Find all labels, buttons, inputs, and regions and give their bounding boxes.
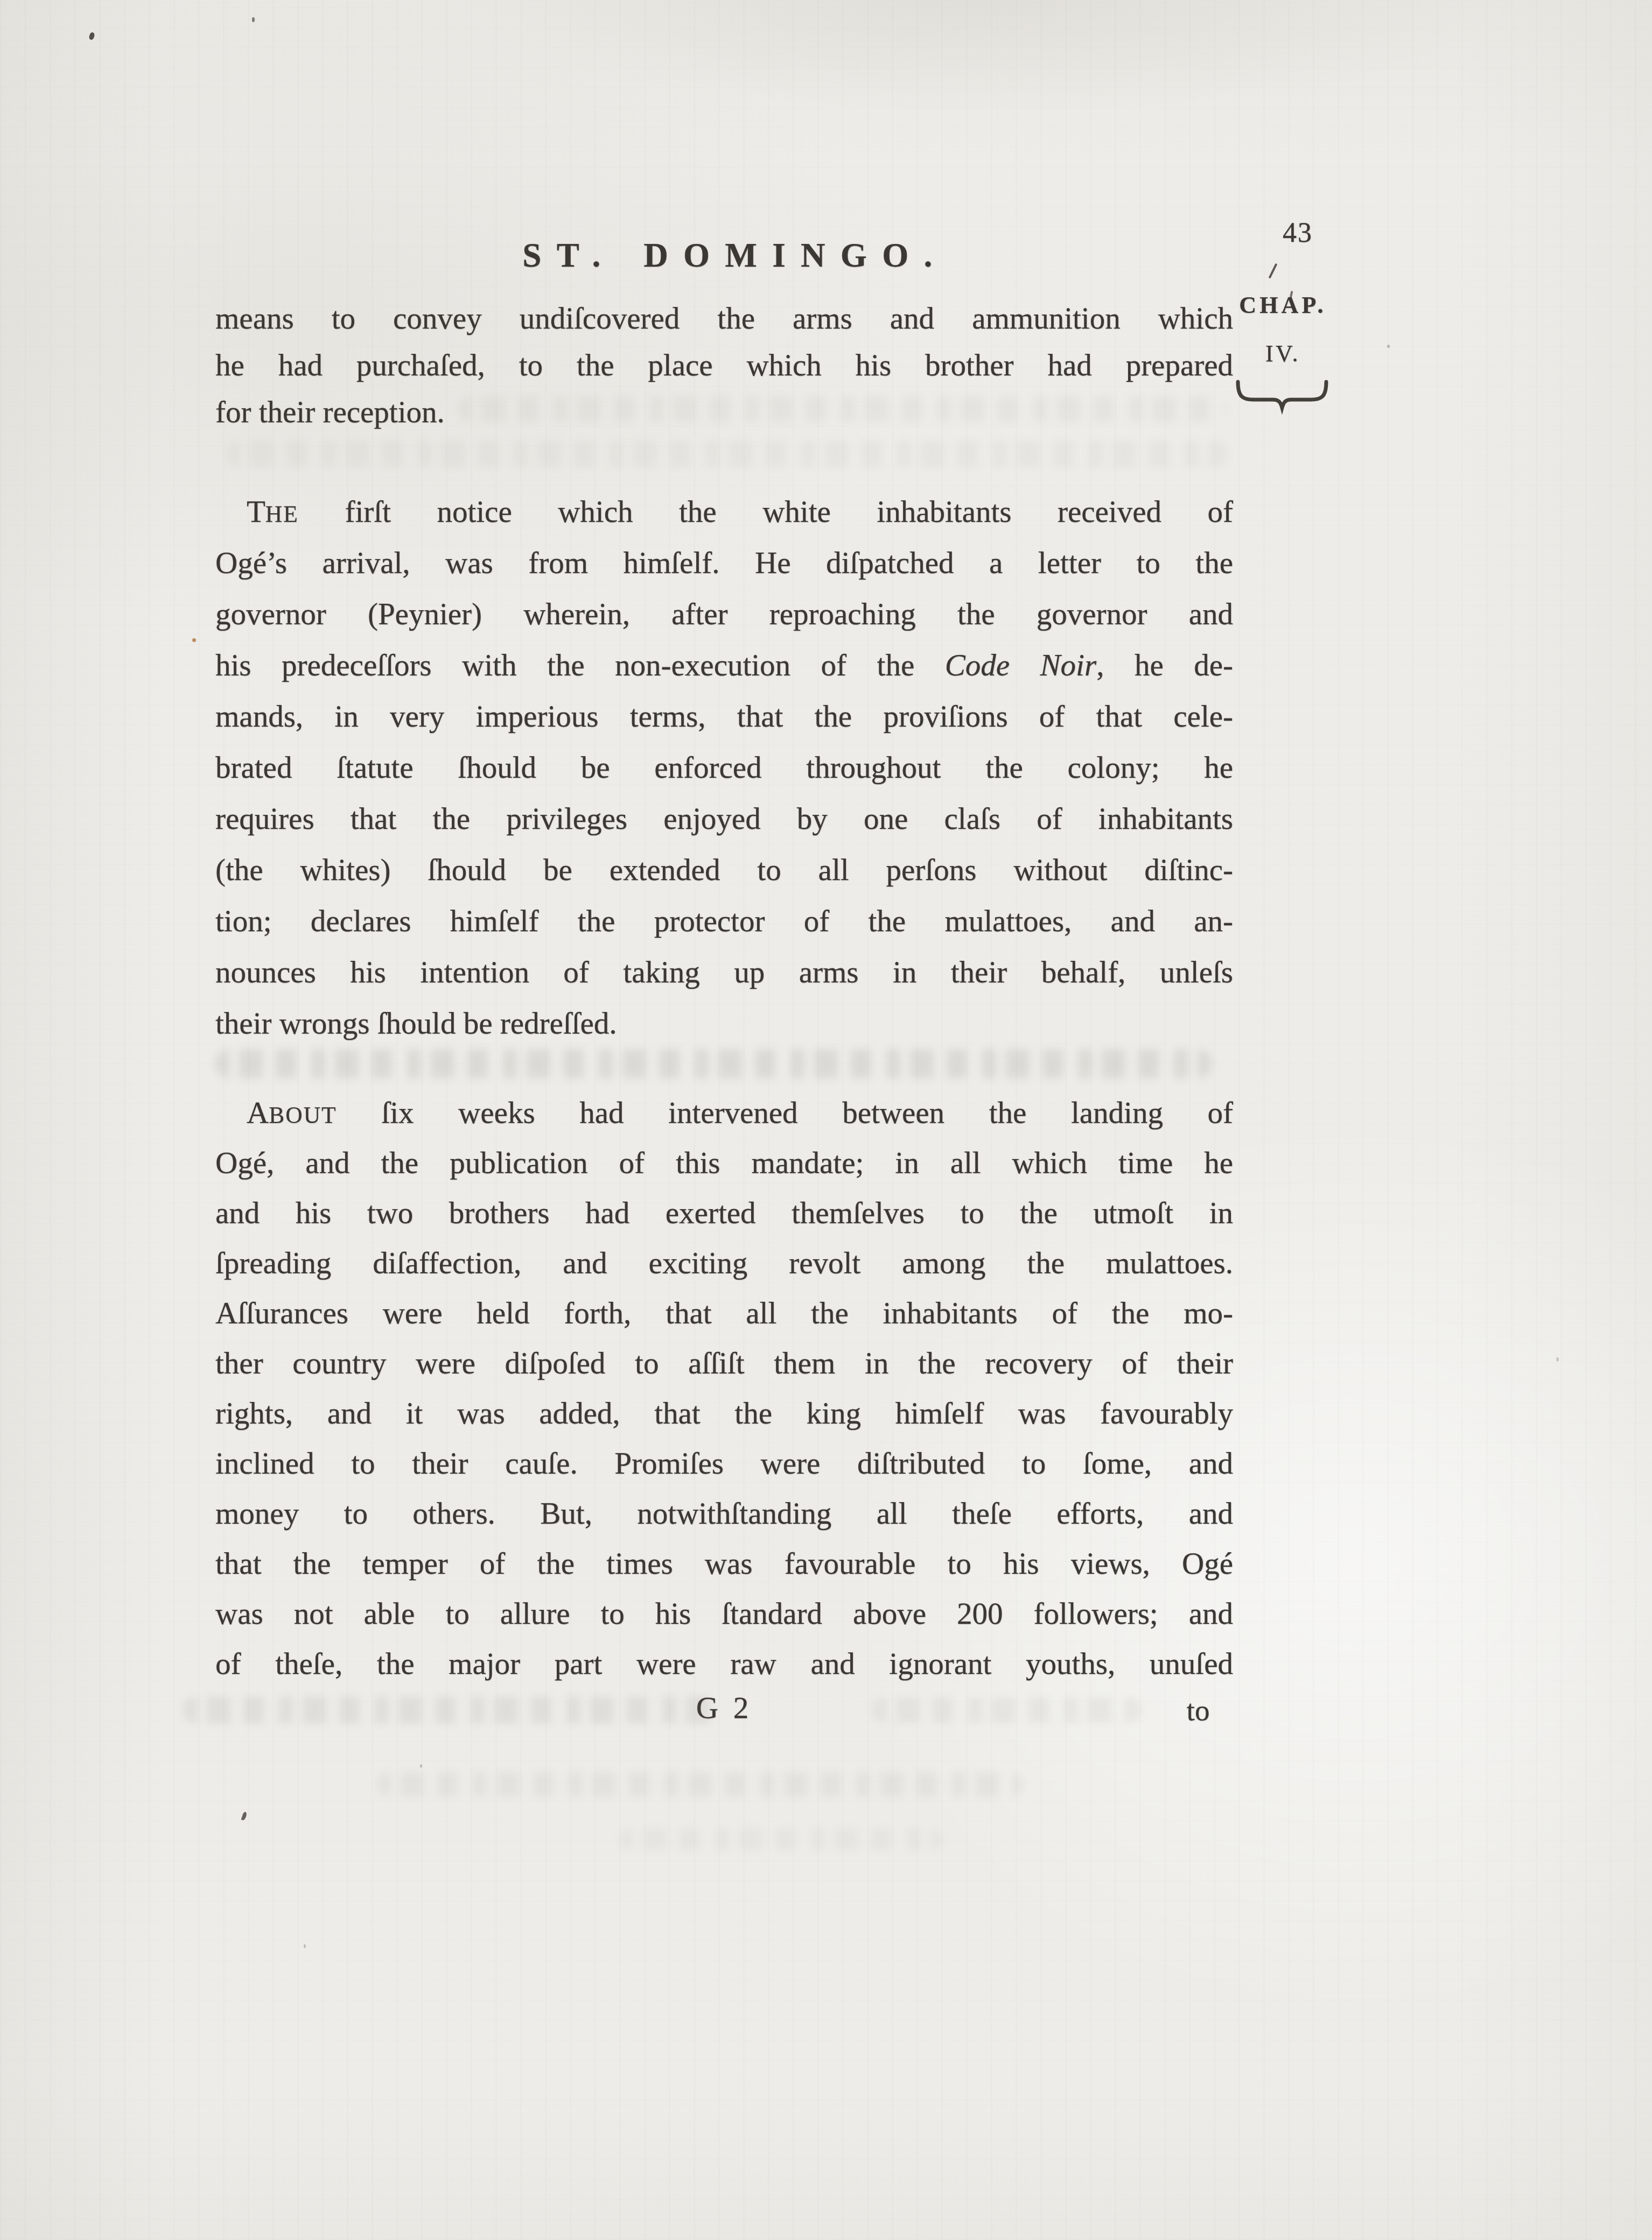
text-line: he had purchaſed, to the place which his… xyxy=(215,342,1233,389)
ink-speck xyxy=(192,638,196,642)
ink-speck xyxy=(252,17,255,22)
ink-speck xyxy=(88,32,95,40)
text-line: mands, in very imperious terms, that the… xyxy=(215,691,1233,742)
text-line: ABOUT ſix weeks had intervened between t… xyxy=(215,1088,1233,1138)
text-line: (the whites) ſhould be extended to all p… xyxy=(215,845,1233,896)
catchword: to xyxy=(1158,1686,1238,1735)
text-line: that the temper of the times was favoura… xyxy=(215,1539,1233,1589)
bleed-through-smudge xyxy=(377,1772,1023,1797)
text-line: of theſe, the major part were raw and ig… xyxy=(215,1639,1233,1689)
lead-small-caps: BOUT xyxy=(269,1102,337,1128)
text-line: money to others. But, notwithſtanding al… xyxy=(215,1489,1233,1539)
text-line: brated ſtatute ſhould be enforced throug… xyxy=(215,742,1233,793)
line-text: ſix weeks had intervened between the lan… xyxy=(337,1096,1233,1130)
lead-cap: A xyxy=(247,1096,269,1130)
text-line: their wrongs ſhould be redreſſed. xyxy=(215,998,1233,1049)
text-line: and his two brothers had exerted themſel… xyxy=(215,1188,1233,1238)
ink-speck xyxy=(1269,263,1278,279)
signature-mark: G 2 xyxy=(215,1683,1233,1734)
line-text: his predeceſſors with the non-execution … xyxy=(215,648,945,682)
lead-cap: T xyxy=(247,495,265,529)
paragraph-2: THE firſt notice which the white inhabit… xyxy=(215,486,1233,1049)
ink-speck xyxy=(1556,1357,1559,1362)
text-line: means to convey undiſcovered the arms an… xyxy=(215,295,1233,342)
text-line: THE firſt notice which the white inhabit… xyxy=(215,486,1233,538)
text-line: ther country were diſpoſed to aſſiſt the… xyxy=(215,1338,1233,1388)
paragraph-1: means to convey undiſcovered the arms an… xyxy=(215,295,1233,436)
text-line: requires that the privileges enjoyed by … xyxy=(215,793,1233,845)
book-page-scan: ST. DOMINGO. 43 CHAP. IV. means to conve… xyxy=(0,0,1652,2240)
text-line: Aſſurances were held forth, that all the… xyxy=(215,1288,1233,1338)
lead-small-caps: HE xyxy=(265,501,299,527)
ink-speck xyxy=(241,1811,248,1820)
text-line: was not able to allure to his ſtandard a… xyxy=(215,1589,1233,1639)
ink-speck xyxy=(420,1764,422,1768)
text-line: his predeceſſors with the non-execution … xyxy=(215,640,1233,691)
side-note-chapter-label: CHAP. xyxy=(1233,291,1333,319)
text-line: Ogé, and the publication of this mandate… xyxy=(215,1138,1233,1188)
running-header: ST. DOMINGO. xyxy=(215,236,1255,275)
text-line: governor (Peynier) wherein, after reproa… xyxy=(215,589,1233,640)
text-line: Ogé’s arrival, was from himſelf. He diſp… xyxy=(215,538,1233,589)
line-text: , he de- xyxy=(1096,648,1233,682)
ink-speck xyxy=(304,1944,306,1948)
text-line: ſpreading diſaffection, and exciting rev… xyxy=(215,1238,1233,1288)
page-number: 43 xyxy=(1255,217,1341,249)
side-note-chapter-numeral: IV. xyxy=(1233,340,1333,367)
text-line: for their reception. xyxy=(215,389,1233,436)
text-line: rights, and it was added, that the king … xyxy=(215,1388,1233,1439)
line-text: firſt notice which the white inhabitants… xyxy=(299,495,1233,529)
text-line: tion; declares himſelf the protector of … xyxy=(215,896,1233,947)
bleed-through-smudge xyxy=(215,1049,1212,1078)
bleed-through-smudge xyxy=(619,1829,942,1850)
chapter-brace-icon xyxy=(1234,377,1330,415)
bleed-through-smudge xyxy=(226,441,1228,467)
italic-term: Code Noir xyxy=(945,648,1096,682)
text-line: inclined to their cauſe. Promiſes were d… xyxy=(215,1439,1233,1489)
ink-speck xyxy=(1387,345,1390,348)
text-line: nounces his intention of taking up arms … xyxy=(215,947,1233,998)
paragraph-3: ABOUT ſix weeks had intervened between t… xyxy=(215,1088,1233,1689)
